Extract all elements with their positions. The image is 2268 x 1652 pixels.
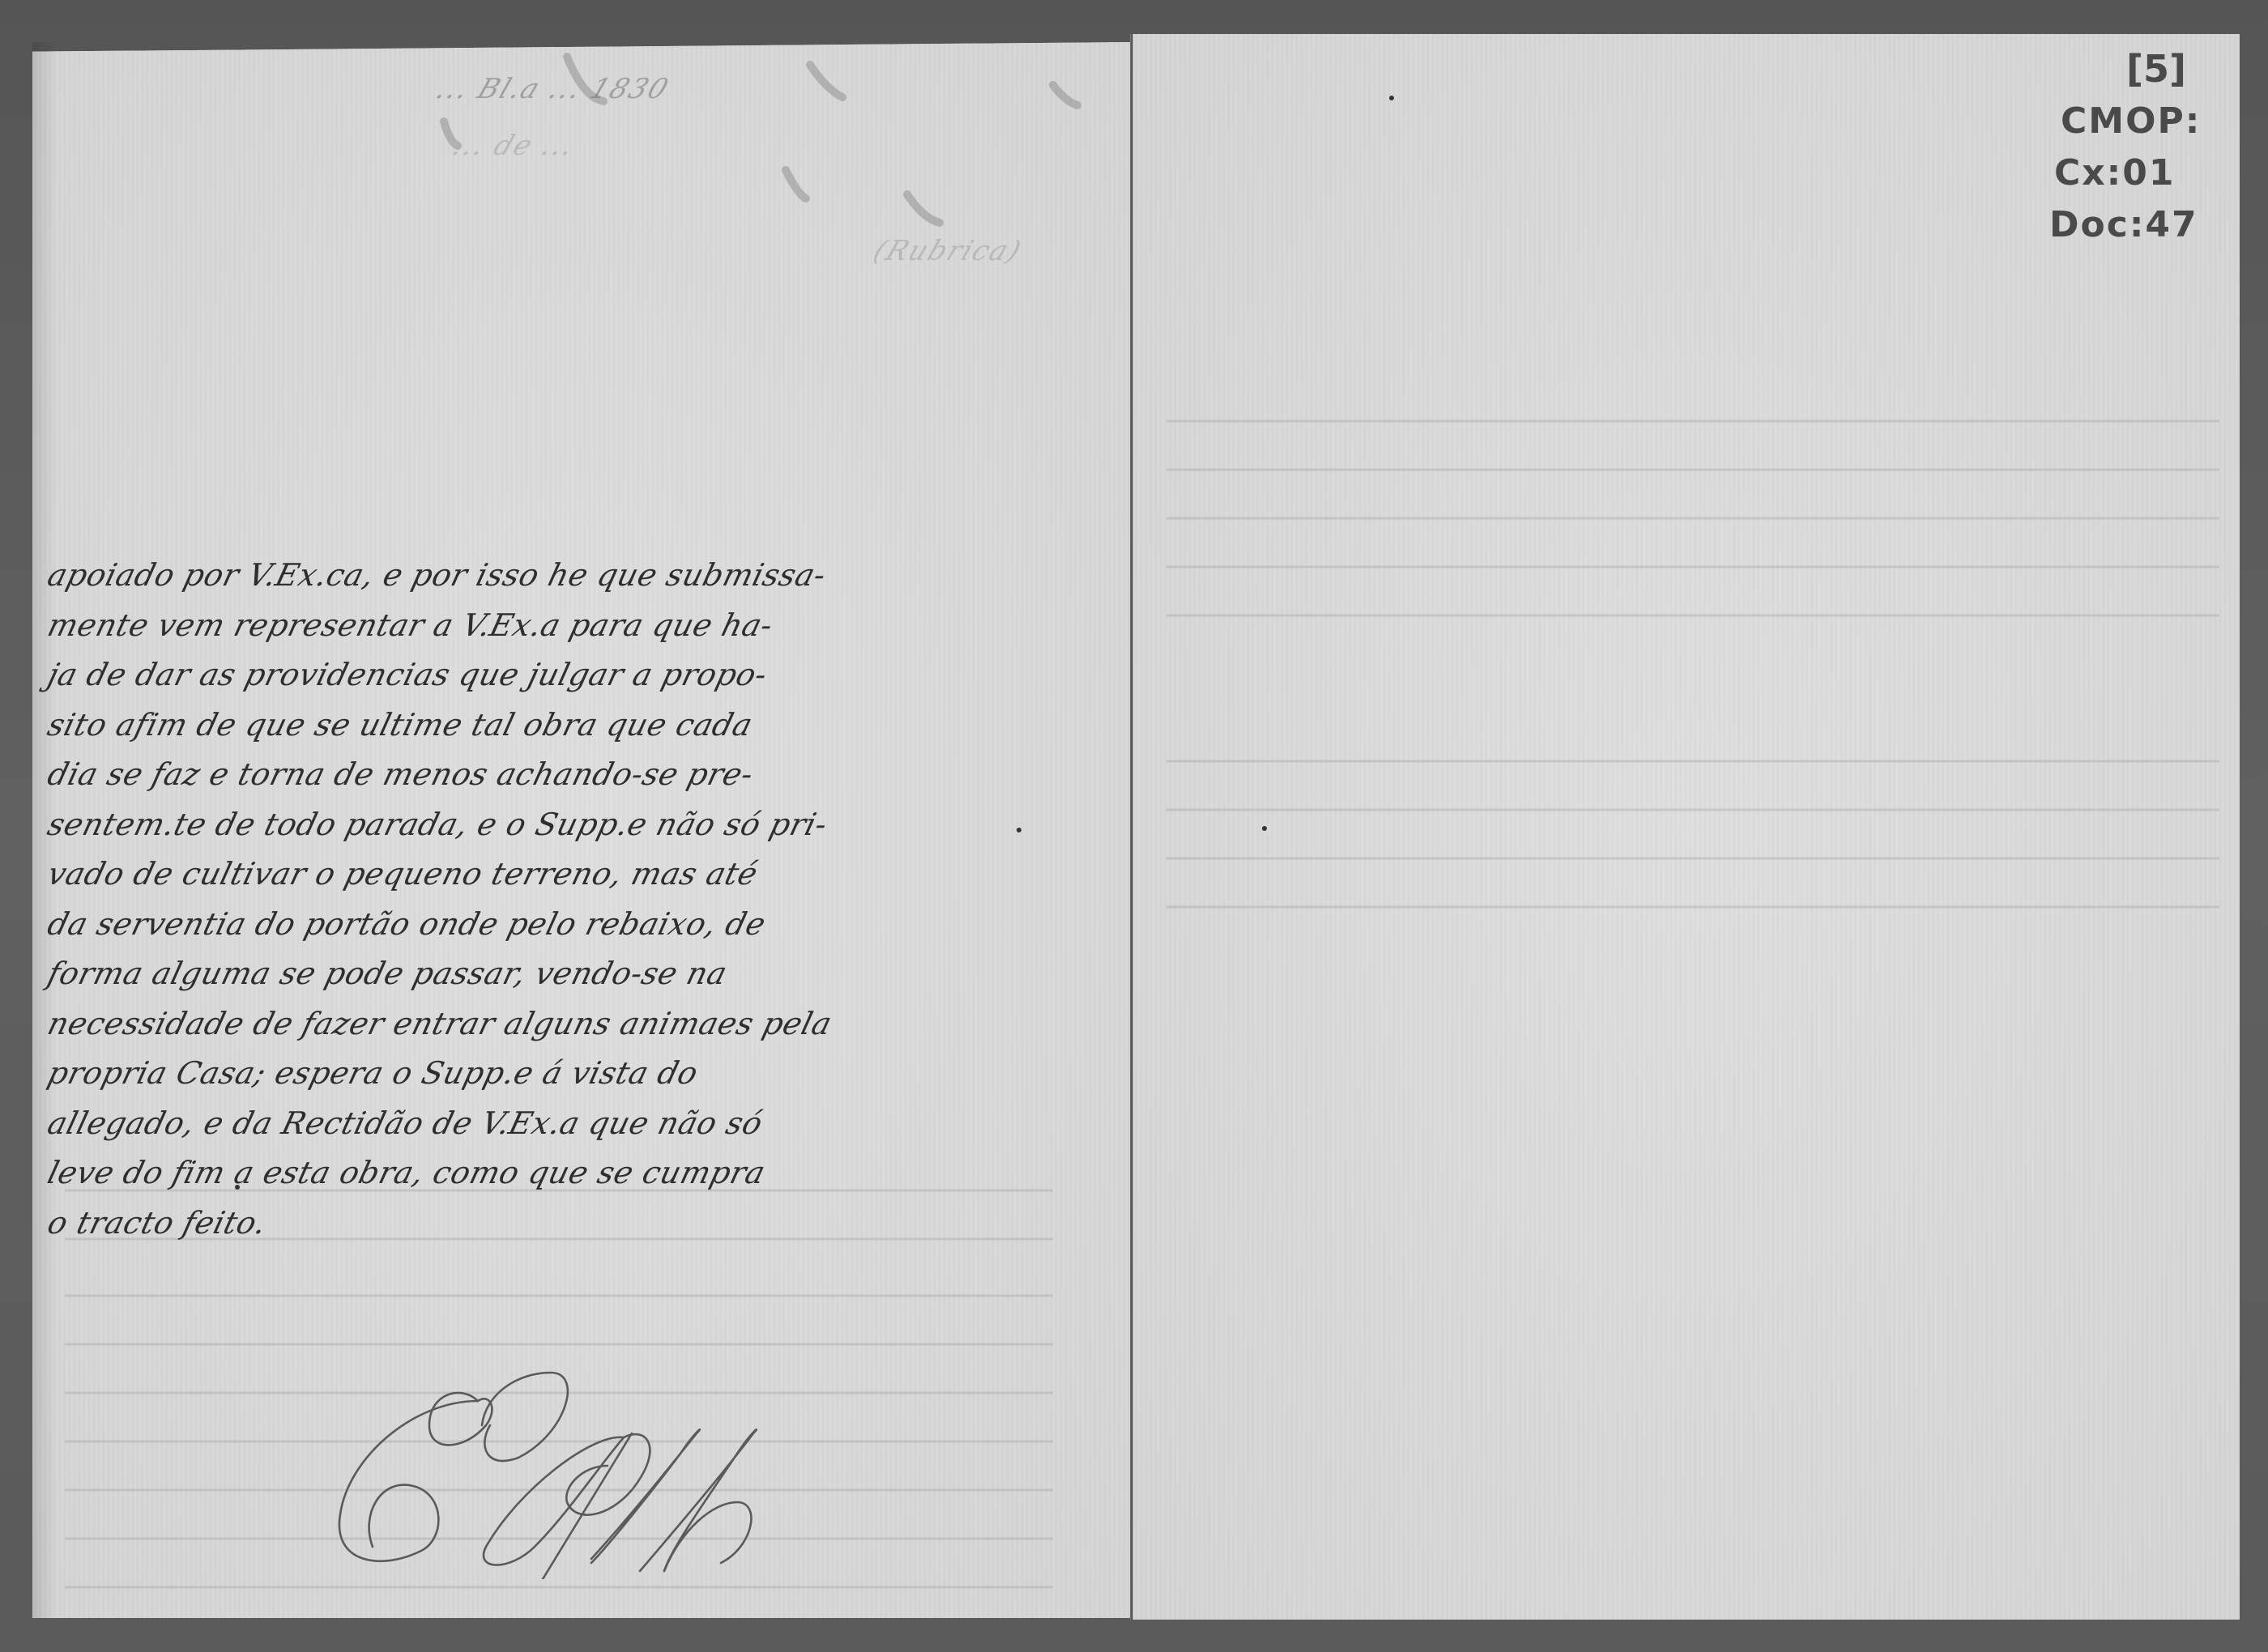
archival-doc-number: Doc:47 <box>2049 199 2227 251</box>
dust-speck <box>1262 826 1267 831</box>
archival-page-number: [5] <box>2126 42 2227 96</box>
dust-speck <box>1389 96 1394 100</box>
body-line: vado de cultivar o pequeno terreno, mas … <box>42 849 816 900</box>
body-line: mente vem representar a V.Ex.a para que … <box>42 601 816 651</box>
body-line: allegado, e da Rectidão de V.Ex.a que nã… <box>42 1099 816 1149</box>
handwritten-body: apoiado por V.Ex.ca, e por isso he que s… <box>42 551 804 1248</box>
signature: E. R. M. (signature flourish) <box>324 1312 859 1579</box>
body-line: apoiado por V.Ex.ca, e por isso he que s… <box>42 551 816 601</box>
dust-speck <box>235 1185 240 1190</box>
body-line: da serventia do portão onde pelo rebaixo… <box>42 900 816 950</box>
scanned-document: ... Bl.a ... 1830 ... de ... (Rubrica) <box>0 0 2268 1652</box>
body-line: dia se faz e torna de menos achando-se p… <box>42 750 816 800</box>
archival-collection: CMOP: <box>2061 96 2227 147</box>
body-line: necessidade de fazer entrar alguns anima… <box>42 999 816 1050</box>
body-line: forma alguma se pode passar, vendo-se na <box>42 949 816 999</box>
body-line: sito afim de que se ultime tal obra que … <box>42 700 816 751</box>
dust-speck <box>1017 828 1021 832</box>
body-line: propria Casa; espera o Supp.e á vista do <box>42 1049 816 1099</box>
body-line: ja de dar as providencias que julgar a p… <box>42 650 816 700</box>
body-line: sentem.te de todo parada, e o Supp.e não… <box>42 800 816 850</box>
archival-box: Cx:01 <box>2054 147 2227 199</box>
body-line: o tracto feito. <box>42 1199 816 1249</box>
body-line: leve do fim a esta obra, como que se cum… <box>42 1148 816 1199</box>
archival-label: [5] CMOP: Cx:01 Doc:47 <box>2049 42 2227 251</box>
